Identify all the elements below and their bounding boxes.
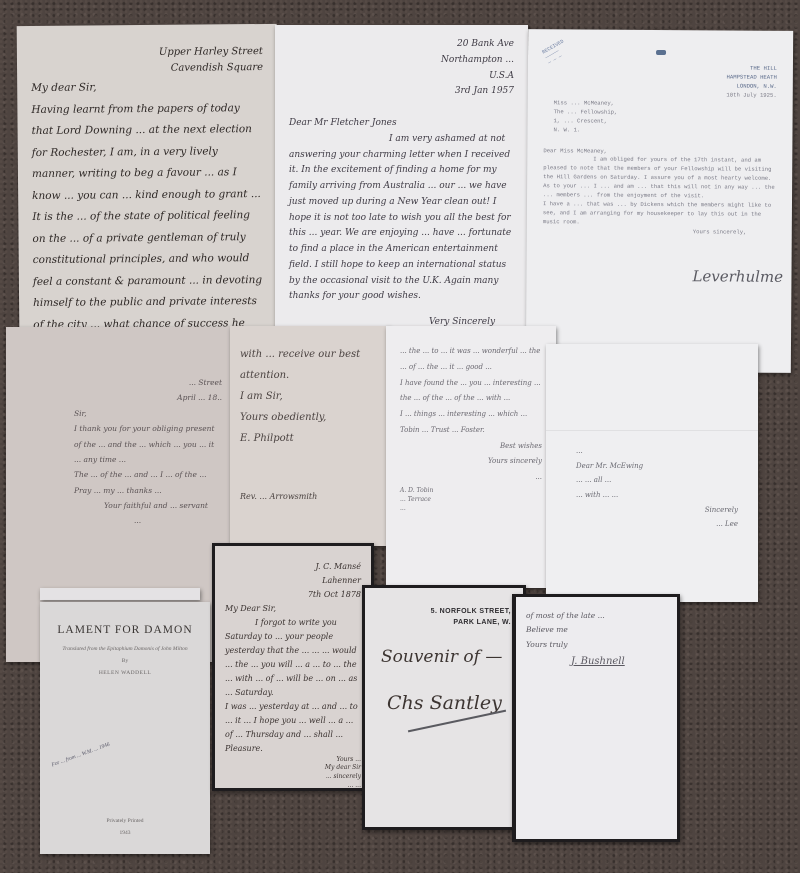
card-norfolk-street: 5. NORFOLK STREET, PARK LANE, W. Souveni… <box>362 585 526 830</box>
letter-pencil-tobin: ... the ... to ... it was ... wonderful … <box>386 326 556 588</box>
letter-closing: Sincerely <box>576 503 738 518</box>
card-letterhead-line2: PARK LANE, W. <box>377 617 511 628</box>
letter-closing: Your faithful and ... servant <box>104 498 222 513</box>
card-souvenir-text: Souvenir of — <box>381 644 511 670</box>
letter-1957-usa: 20 Bank Ave Northampton ... U.S.A 3rd Ja… <box>275 25 528 330</box>
letter-mourning-1878: J. C. Mansé Lahenner 7th Oct 1878 My Dea… <box>212 543 374 791</box>
pamphlet-author: HELEN WADDELL <box>50 670 200 676</box>
letter-signature: ... ... <box>225 781 361 791</box>
letter-address: ... Street April ... 18.. <box>74 375 222 406</box>
pamphlet-title: LAMENT FOR DAMON <box>50 624 200 636</box>
pamphlet-lament-for-damon: LAMENT FOR DAMON Translated from the Epi… <box>40 602 210 854</box>
letter-body: Having learnt from the papers of today t… <box>31 98 265 332</box>
letter-upper-harley-street: Upper Harley Street Cavendish Square My … <box>17 24 280 331</box>
letter-body: I thank you for your obliging present of… <box>74 421 222 498</box>
letter-closing: Yours sincerely, <box>693 228 776 238</box>
letter-address: Upper Harley Street Cavendish Square <box>31 44 263 78</box>
letter-body: ... the ... to ... it was ... wonderful … <box>400 344 542 439</box>
letter-body: I am obliged for yours of the 17th insta… <box>543 156 776 229</box>
pamphlet-inscription: For ... from ... W.M. ... 1946 <box>51 742 111 769</box>
letter-philpott: with ... receive our best attention. I a… <box>230 326 390 546</box>
letter-signature: J. Bushnell <box>571 652 667 671</box>
letter-closing: Yours ... My dear Sir ... sincerely <box>225 756 361 781</box>
fold-line <box>546 430 758 431</box>
letter-signature: ... Lee <box>576 517 738 532</box>
letter-body: with ... receive our best attention. I a… <box>240 344 380 449</box>
pamphlet-publisher: Privately Printed <box>40 818 210 824</box>
letter-salutation: Sir, <box>74 406 222 421</box>
letter-signature: ... <box>400 470 542 486</box>
letter-return-address: A. D. Tobin ... Terrace ... <box>400 486 542 513</box>
letter-salutation: My dear Sir, <box>31 76 263 100</box>
letter-signature: Leverhulme <box>692 267 775 286</box>
letter-address: J. C. Mansé Lahenner 7th Oct 1878 <box>225 560 361 602</box>
card-letterhead-line1: 5. NORFOLK STREET, <box>377 606 511 617</box>
letter-body: I am very ashamed at not answering your … <box>289 132 514 305</box>
letterhead: THE HILL HAMPSTEAD HEATH LONDON, N.W. <box>544 63 777 91</box>
letter-body: I forgot to write you Saturday to ... yo… <box>225 616 361 756</box>
pamphlet-year: 1943 <box>40 830 210 836</box>
letter-signature: ... <box>134 513 222 528</box>
pamphlet-subtitle: Translated from the Epitaphium Damonis o… <box>50 646 200 652</box>
letter-address: 20 Bank Ave Northampton ... U.S.A 3rd Ja… <box>289 37 514 100</box>
crest-icon <box>656 50 666 55</box>
letter-closing: Best wishes Yours sincerely <box>400 439 542 471</box>
letter-bushnell: of most of the late ... Believe me Yours… <box>512 594 680 842</box>
letter-body: of most of the late ... Believe me Yours… <box>526 609 667 652</box>
letter-recipient: Miss ... McMeaney, The ... Fellowship, 1… <box>553 99 776 136</box>
letter-body: ... Dear Mr. McEwing ... ... all ... ...… <box>576 444 738 503</box>
letter-white-note: ... Dear Mr. McEwing ... ... all ... ...… <box>546 344 758 602</box>
pamphlet-backing-sheet <box>40 588 200 600</box>
letter-salutation: My Dear Sir, <box>225 602 361 616</box>
pamphlet-by: By <box>50 658 200 664</box>
letter-hampstead-heath-typed: RECEIVED ————— — — — THE HILL HAMPSTEAD … <box>526 29 793 373</box>
letter-footer: Rev. ... Arrowsmith <box>240 489 380 506</box>
letter-salutation: Dear Mr Fletcher Jones <box>289 116 514 132</box>
